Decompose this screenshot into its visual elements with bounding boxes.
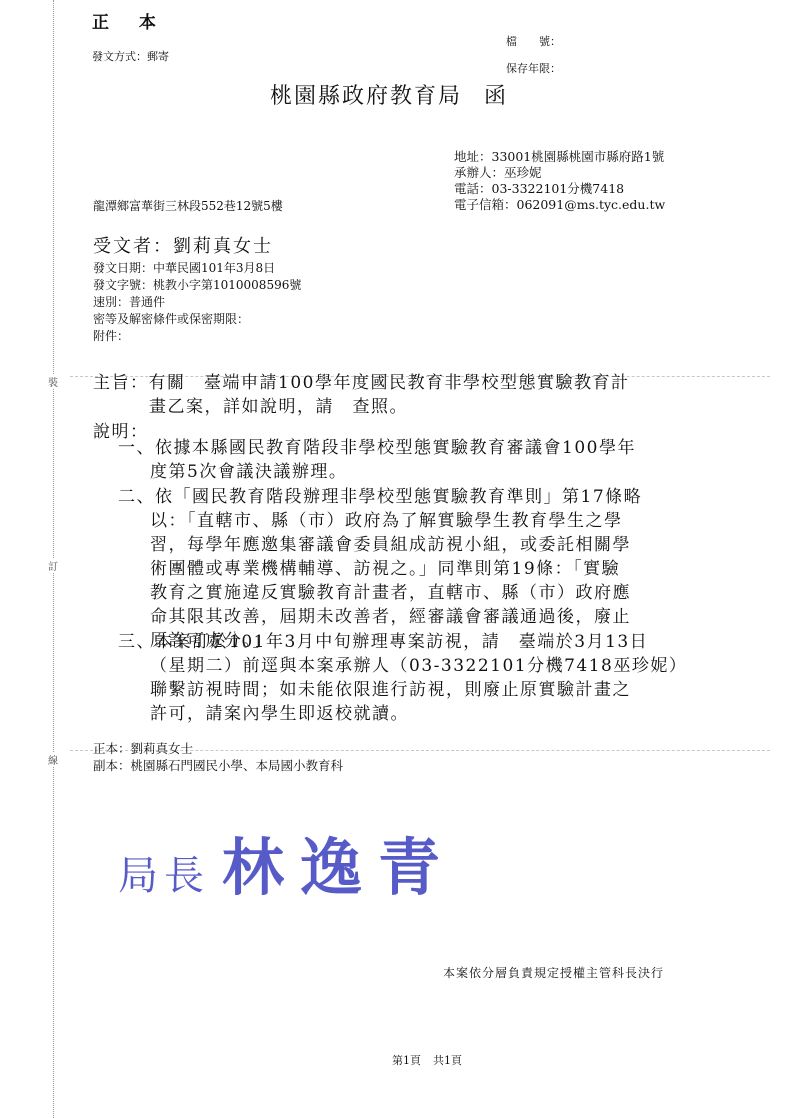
authority-note: 本案依分層負責規定授權主管科長決行 (443, 964, 664, 981)
item-line: 以：「直轄市、縣（市）政府為了解實驗學生教育學生之學 (118, 509, 642, 533)
copy-recipients: 副本：桃園縣石門國民小學、本局國小教育科 (93, 757, 343, 774)
explanation-item-3: 三、本案訂於101年3月中旬辦理專案訪視，請 臺端於3月13日 （星期二）前逕與… (118, 630, 687, 726)
recipient-address: 龍潭鄉富華街三林段552巷12號5樓 (93, 197, 283, 214)
item-line: 教育之實施違反實驗教育計畫者，直轄市、縣（市）政府應 (118, 581, 642, 605)
recipient-name: 受文者：劉莉真女士 (93, 232, 273, 258)
item-line: 命其限其改善，屆期未改善者，經審議會審議通過後，廢止 (118, 605, 642, 629)
security-level: 密等及解密條件或保密期限： (93, 311, 301, 328)
page-number: 第1頁共1頁 (392, 1052, 462, 1068)
page-total: 共1頁 (433, 1054, 462, 1067)
explanation-item-2: 二、依「國民教育階段辦理非學校型態實驗教育準則」第17條略 以：「直轄市、縣（市… (118, 485, 642, 653)
issue-date: 發文日期：中華民國101年3月8日 (93, 260, 301, 277)
item-line: 聯繫訪視時間；如未能依限進行訪視，則廢止原實驗計畫之 (118, 678, 687, 702)
stamp-title: 局長 (118, 853, 210, 899)
send-method: 發文方式：郵寄 (92, 48, 169, 64)
file-number-label: 檔 號： (506, 33, 561, 49)
document-kind: 函 (484, 84, 508, 109)
retention-period-label: 保存年限： (506, 60, 561, 76)
item-line: 一、依據本縣國民教育階段非學校型態實驗教育審議會100學年 (118, 436, 636, 460)
document-number: 發文字號：桃教小字第1010008596號 (93, 277, 301, 294)
copy-type-label: 正 本 (92, 8, 168, 33)
signature-stamp: 局長林逸青 (118, 818, 456, 907)
item-line: 二、依「國民教育階段辦理非學校型態實驗教育準則」第17條略 (118, 485, 642, 509)
item-line: （星期二）前逕與本案承辦人（03-3322101分機7418巫珍妮） (118, 654, 687, 678)
binding-mark-middle: 訂 (48, 558, 58, 573)
item-line: 術團體或專業機構輔導、訪視之。」同準則第19條：「實驗 (118, 557, 642, 581)
explanation-item-1: 一、依據本縣國民教育階段非學校型態實驗教育審議會100學年 度第5次會議決議辦理… (118, 436, 636, 484)
contact-address: 地址：33001桃園縣桃園市縣府路1號 (454, 149, 665, 165)
item-line: 三、本案訂於101年3月中旬辦理專案訪視，請 臺端於3月13日 (118, 630, 687, 654)
stamp-name: 林逸青 (222, 831, 456, 904)
subject-line-1: 主旨：有關 臺端申請100學年度國民教育非學校型態實驗教育計 (93, 371, 629, 395)
contact-phone: 電話：03-3322101分機7418 (454, 181, 665, 197)
item-line: 許可，請案內學生即返校就讀。 (118, 702, 687, 726)
distribution-block: 正本：劉莉真女士 副本：桃園縣石門國民小學、本局國小教育科 (93, 740, 343, 774)
binding-mark-bottom: 線 (48, 752, 58, 767)
document-meta: 發文日期：中華民國101年3月8日 發文字號：桃教小字第1010008596號 … (93, 260, 301, 345)
page-current: 第1頁 (392, 1054, 421, 1067)
subject: 主旨：有關 臺端申請100學年度國民教育非學校型態實驗教育計 畫乙案，詳如說明，… (93, 371, 629, 419)
contact-handler: 承辦人：巫珍妮 (454, 165, 665, 181)
subject-line-2: 畫乙案，詳如說明，請 查照。 (93, 395, 629, 419)
binding-mark-top: 裝 (48, 374, 58, 389)
document-title: 桃園縣政府教育局函 (270, 79, 508, 110)
contact-email: 電子信箱：062091@ms.tyc.edu.tw (454, 197, 665, 213)
original-recipient: 正本：劉莉真女士 (93, 740, 343, 757)
delivery-speed: 速別：普通件 (93, 294, 301, 311)
contact-block: 地址：33001桃園縣桃園市縣府路1號 承辦人：巫珍妮 電話：03-332210… (454, 149, 665, 213)
attachments: 附件： (93, 328, 301, 345)
issuer-name: 桃園縣政府教育局 (270, 84, 462, 109)
item-line: 度第5次會議決議辦理。 (118, 460, 636, 484)
item-line: 習，每學年應邀集審議會委員組成訪視小組，或委託相關學 (118, 533, 642, 557)
